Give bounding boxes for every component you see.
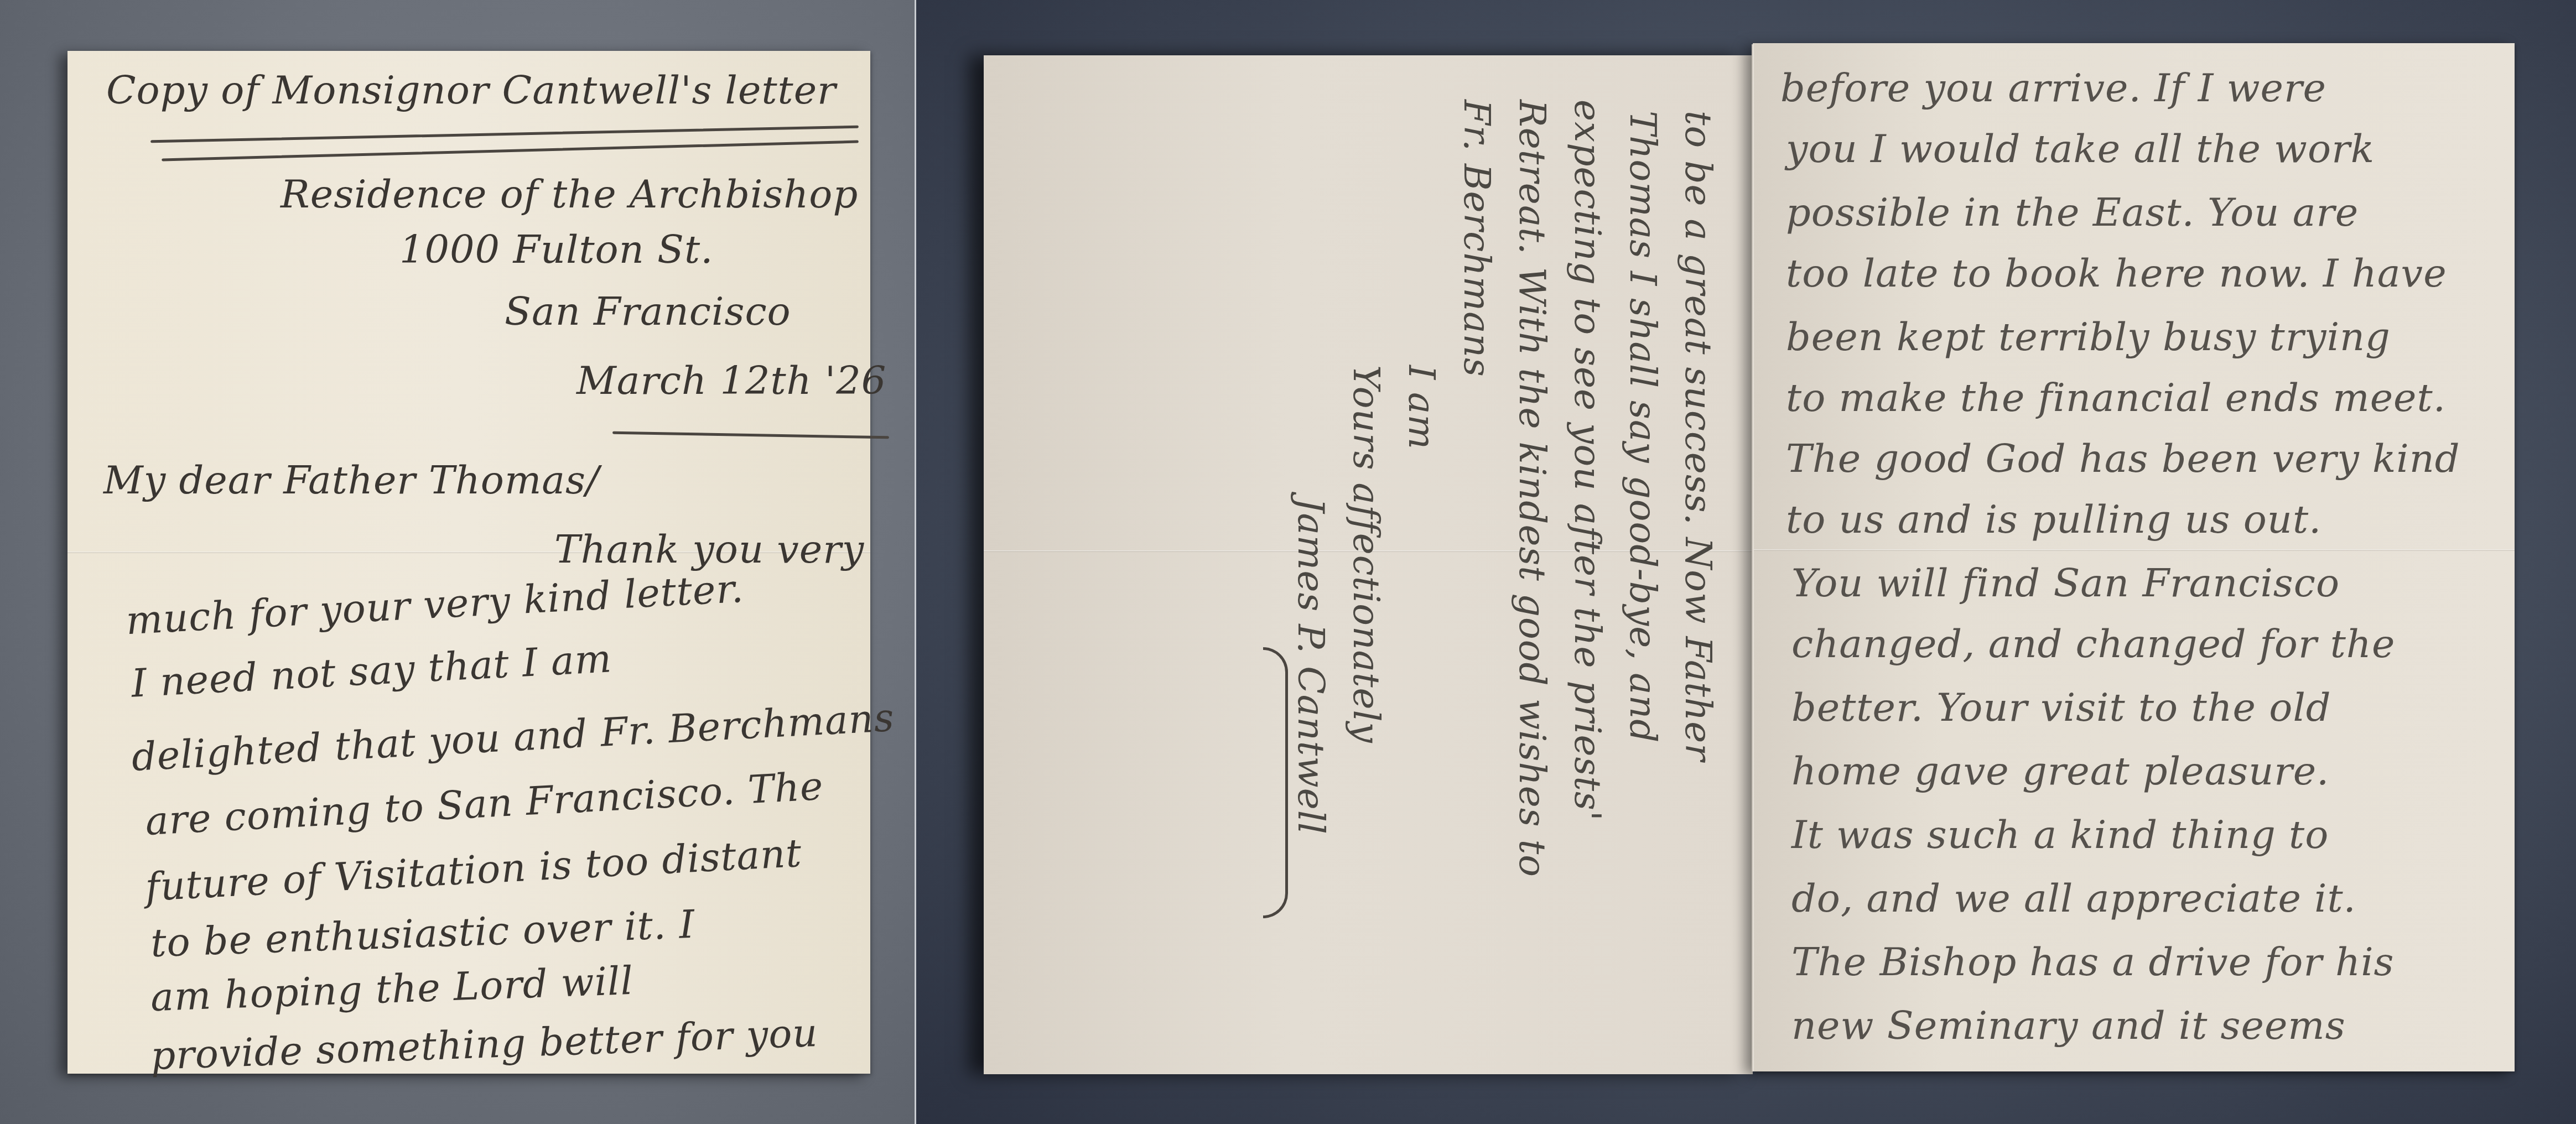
body-line: new Seminary and it seems (1791, 1003, 2346, 1048)
rotated-line: expecting to see you after the priests' (1566, 100, 1609, 821)
body-line: much for your very kind letter. (125, 566, 745, 643)
body-line: The Bishop has a drive for his (1791, 939, 2395, 985)
body-line: home gave great pleasure. (1791, 748, 2329, 794)
body-line: Thank you very (554, 527, 864, 572)
letter-page-2: before you arrive. If I were you I would… (1753, 43, 2515, 1071)
body-line: too late to book here now. I have (1786, 251, 2447, 296)
date-underline (612, 431, 889, 439)
body-line: provide something better for you (150, 1010, 819, 1079)
body-line: to us and is pulling us out. (1786, 497, 2321, 542)
letter-page-3: to be a great success. Now Father Thomas… (984, 55, 1753, 1074)
rotated-line: Retreat. With the kindest good wishes to (1511, 100, 1554, 877)
body-line: future of Visitation is too distant (144, 830, 803, 910)
address-line-1: Residence of the Archbishop (281, 171, 858, 217)
body-line: been kept terribly busy trying (1786, 314, 2391, 360)
letter-page-1: Copy of Monsignor Cantwell's letter Resi… (67, 51, 870, 1074)
body-line: I need not say that I am (130, 636, 612, 706)
body-line: to be enthusiastic over it. I (150, 902, 696, 966)
photo-divider (915, 0, 916, 1124)
body-line: It was such a kind thing to (1791, 812, 2329, 857)
body-line: changed, and changed for the (1791, 621, 2395, 667)
body-line: before you arrive. If I were (1780, 65, 2326, 111)
address-line-2: 1000 Fulton St. (399, 227, 713, 272)
body-line: am hoping the Lord will (150, 958, 634, 1020)
body-line: do, and we all appreciate it. (1791, 876, 2356, 921)
letter-date: March 12th '26 (577, 358, 886, 403)
address-line-3: San Francisco (505, 289, 791, 334)
body-line: The good God has been very kind (1786, 436, 2460, 481)
paper-crease (1753, 549, 2515, 551)
closing-i-am: I am (1400, 365, 1443, 450)
rotated-line: Thomas I shall say good-bye, and (1622, 111, 1664, 743)
heading-underline-2 (162, 140, 859, 162)
body-line: You will find San Francisco (1791, 560, 2340, 606)
body-line: to make the financial ends meet. (1786, 375, 2446, 420)
body-line: possible in the East. You are (1786, 190, 2359, 235)
body-line: better. Your visit to the old (1791, 685, 2331, 730)
signature: James P. Cantwell (1290, 498, 1332, 835)
center-fold (1752, 44, 1754, 1071)
body-line: you I would take all the work (1786, 126, 2375, 171)
heading-underline-1 (150, 126, 859, 143)
rotated-line: Fr. Berchmans (1456, 100, 1498, 377)
rotated-line: to be a great success. Now Father (1677, 111, 1720, 762)
copy-heading: Copy of Monsignor Cantwell's letter (106, 67, 837, 113)
salutation: My dear Father Thomas/ (103, 457, 600, 503)
signature-flourish (1263, 647, 1288, 918)
body-line: are coming to San Francisco. The (144, 763, 824, 844)
valediction: Yours affectionately (1345, 365, 1388, 743)
